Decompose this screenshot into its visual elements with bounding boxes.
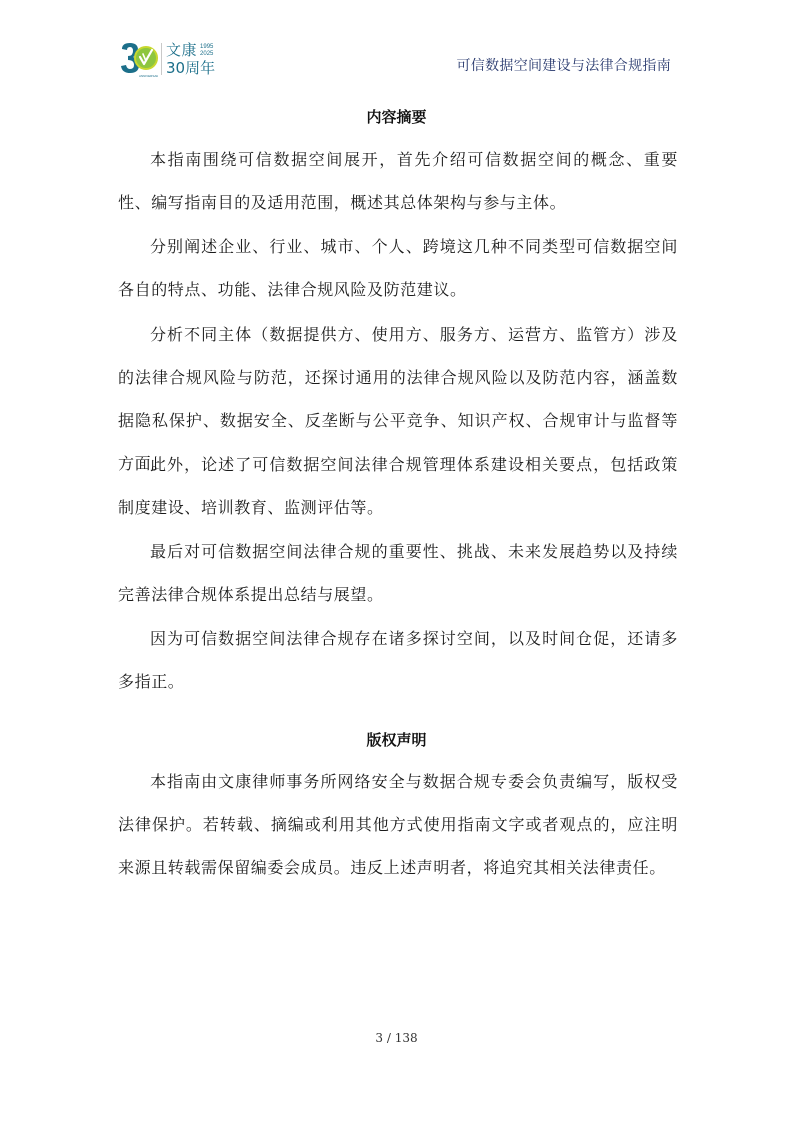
logo-year-start: 1995 — [200, 44, 213, 51]
summary-paragraph-6: 因为可信数据空间法律合规存在诸多探讨空间，以及时间仓促，还请多多指正。 — [118, 617, 678, 703]
section-title-summary: 内容摘要 — [0, 106, 793, 127]
wenkang-30th-anniversary-logo: ANNIVERSARY 文康 1995 2025 30周年 — [118, 38, 228, 80]
logo-brand-name: 文康 — [166, 43, 197, 58]
document-running-title: 可信数据空间建设与法律合规指南 — [457, 55, 672, 75]
logo-year-end: 2025 — [200, 51, 213, 58]
section-title-copyright: 版权声明 — [0, 729, 793, 750]
copyright-paragraph: 本指南由文康律师事务所网络安全与数据合规专委会负责编写，版权受法律保护。若转载、… — [118, 760, 678, 889]
logo-text: 文康 1995 2025 30周年 — [166, 43, 215, 76]
anniversary-30-mark-icon: ANNIVERSARY — [118, 39, 158, 79]
summary-paragraph-1: 本指南围绕可信数据空间展开，首先介绍可信数据空间的概念、重要性、编写指南目的及适… — [118, 138, 678, 224]
summary-paragraph-4: 此外，论述了可信数据空间法律合规管理体系建设相关要点，包括政策制度建设、培训教育… — [118, 443, 678, 529]
page-header: ANNIVERSARY 文康 1995 2025 30周年 可信数据空间建设与法… — [0, 0, 793, 90]
summary-paragraph-5: 最后对可信数据空间法律合规的重要性、挑战、未来发展趋势以及持续完善法律合规体系提… — [118, 530, 678, 616]
svg-text:ANNIVERSARY: ANNIVERSARY — [139, 74, 158, 78]
logo-years: 1995 2025 — [200, 44, 213, 58]
page-indicator: 3 / 138 — [0, 1031, 793, 1045]
logo-divider — [161, 43, 162, 75]
logo-anniversary-label: 30周年 — [166, 61, 215, 76]
summary-paragraph-2: 分别阐述企业、行业、城市、个人、跨境这几种不同类型可信数据空间各自的特点、功能、… — [118, 225, 678, 311]
